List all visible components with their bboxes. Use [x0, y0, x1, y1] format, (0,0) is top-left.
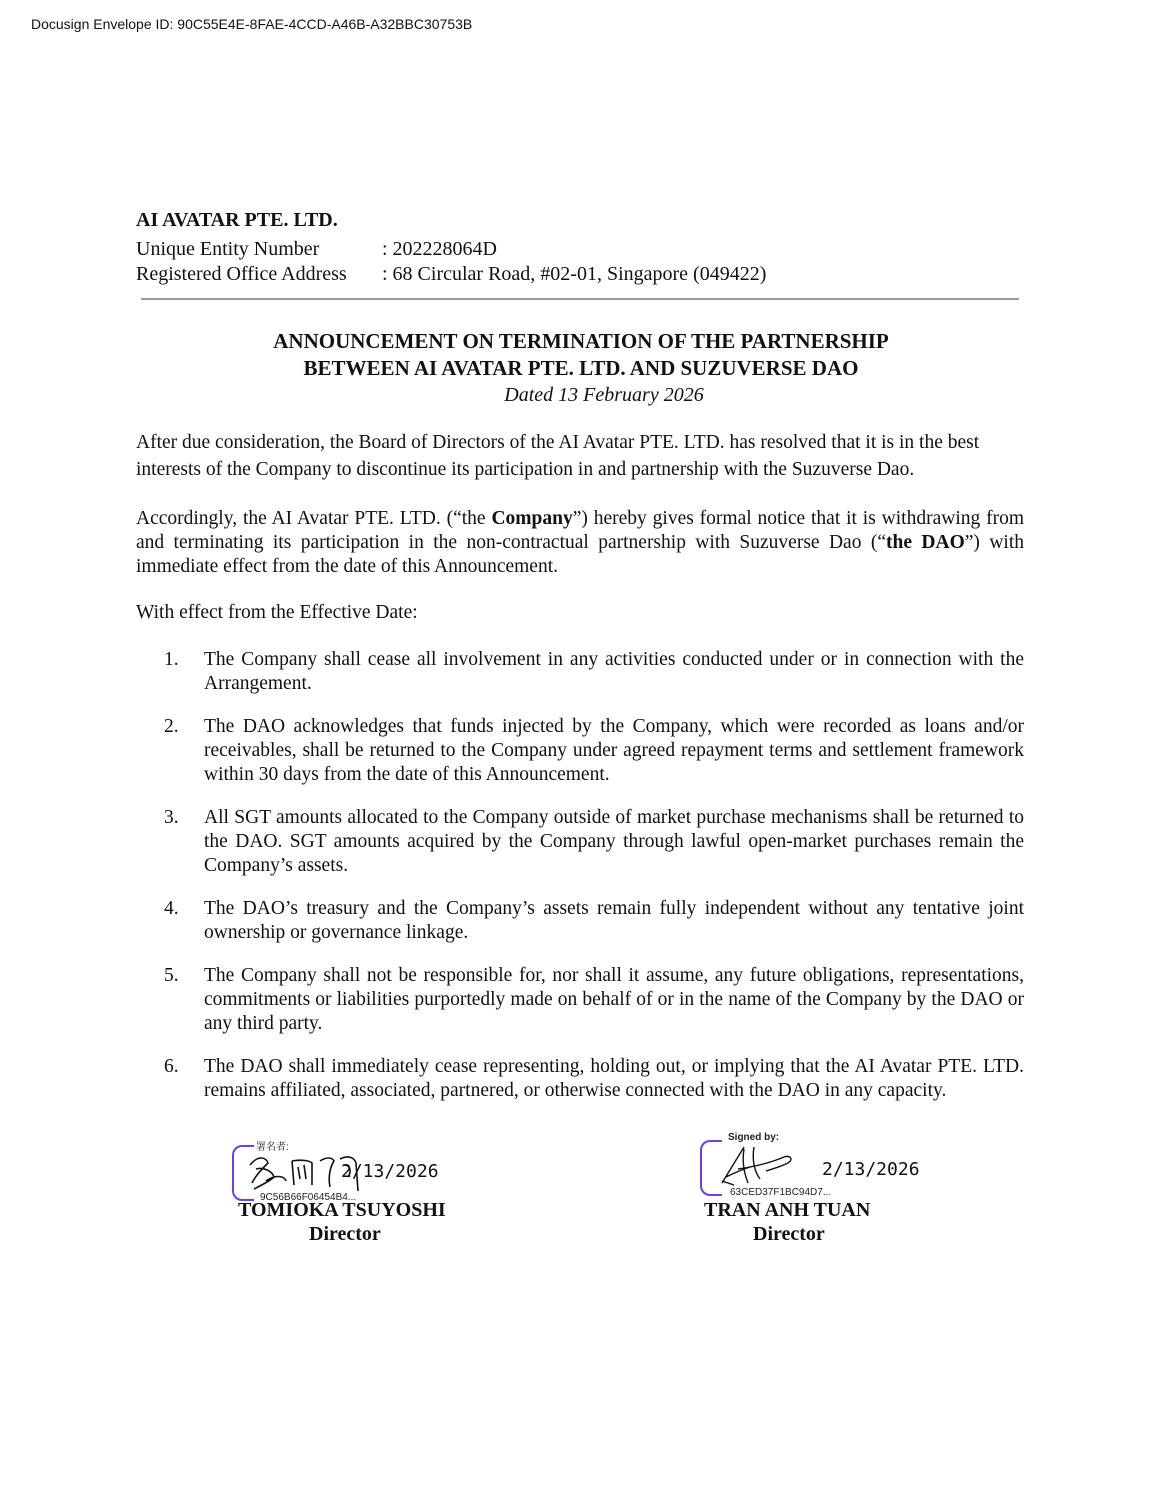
list-item-text: The Company shall not be responsible for… — [204, 964, 1024, 1036]
paragraph-effective-date: With effect from the Effective Date: — [136, 601, 1024, 625]
signatory-name: TRAN ANH TUAN — [704, 1199, 870, 1222]
defined-term-company: Company — [491, 508, 572, 529]
list-item-text: The DAO’s treasury and the Company’s ass… — [204, 897, 1024, 945]
signatory-name: TOMIOKA TSUYOSHI — [238, 1199, 446, 1222]
defined-term-dao: the DAO — [886, 532, 965, 553]
office-address-value: : 68 Circular Road, #02-01, Singapore (0… — [382, 262, 766, 287]
list-item-text: The DAO shall immediately cease represen… — [204, 1055, 1024, 1103]
signature-date: 2/13/2026 — [341, 1161, 439, 1182]
company-name: AI AVATAR PTE. LTD. — [136, 209, 338, 232]
title-line-1: ANNOUNCEMENT ON TERMINATION OF THE PARTN… — [0, 328, 1162, 355]
signatory-role: Director — [753, 1223, 825, 1246]
entity-number-row: Unique Entity Number : 202228064D — [136, 237, 766, 262]
entity-details: Unique Entity Number : 202228064D Regist… — [136, 237, 766, 287]
list-item-number: 3. — [164, 806, 204, 878]
signature-caption: Signed by: — [726, 1132, 781, 1143]
list-item: 4.The DAO’s treasury and the Company’s a… — [164, 897, 1024, 945]
signature-date: 2/13/2026 — [822, 1159, 920, 1180]
title-line-2: BETWEEN AI AVATAR PTE. LTD. AND SUZUVERS… — [0, 355, 1162, 382]
list-item-number: 5. — [164, 964, 204, 1036]
list-item-number: 2. — [164, 715, 204, 787]
header-divider — [141, 298, 1019, 300]
signatory-role: Director — [309, 1223, 381, 1246]
list-item-text: The DAO acknowledges that funds injected… — [204, 715, 1024, 787]
handwritten-signature-icon — [714, 1143, 804, 1189]
notice-text-1: Accordingly, the AI Avatar PTE. LTD. (“t… — [136, 508, 491, 529]
signature-hash: 63CED37F1BC94D7... — [728, 1187, 833, 1198]
list-item: 3.All SGT amounts allocated to the Compa… — [164, 806, 1024, 878]
office-address-label: Registered Office Address — [136, 262, 382, 287]
list-item-number: 6. — [164, 1055, 204, 1103]
list-item: 5.The Company shall not be responsible f… — [164, 964, 1024, 1036]
list-item-number: 4. — [164, 897, 204, 945]
announcement-title: ANNOUNCEMENT ON TERMINATION OF THE PARTN… — [0, 328, 1162, 409]
list-item-text: The Company shall cease all involvement … — [204, 648, 1024, 696]
office-address-row: Registered Office Address : 68 Circular … — [136, 262, 766, 287]
paragraph-notice: Accordingly, the AI Avatar PTE. LTD. (“t… — [136, 507, 1024, 579]
announcement-date: Dated 13 February 2026 — [46, 382, 1162, 409]
docusign-envelope-id: Docusign Envelope ID: 90C55E4E-8FAE-4CCD… — [31, 16, 472, 32]
paragraph-resolution: After due consideration, the Board of Di… — [136, 429, 1024, 483]
list-item: 1.The Company shall cease all involvemen… — [164, 648, 1024, 696]
entity-number-label: Unique Entity Number — [136, 237, 382, 262]
terms-list: 1.The Company shall cease all involvemen… — [164, 648, 1024, 1122]
list-item-number: 1. — [164, 648, 204, 696]
list-item: 2.The DAO acknowledges that funds inject… — [164, 715, 1024, 787]
list-item-text: All SGT amounts allocated to the Company… — [204, 806, 1024, 878]
entity-number-value: : 202228064D — [382, 237, 497, 262]
list-item: 6.The DAO shall immediately cease repres… — [164, 1055, 1024, 1103]
